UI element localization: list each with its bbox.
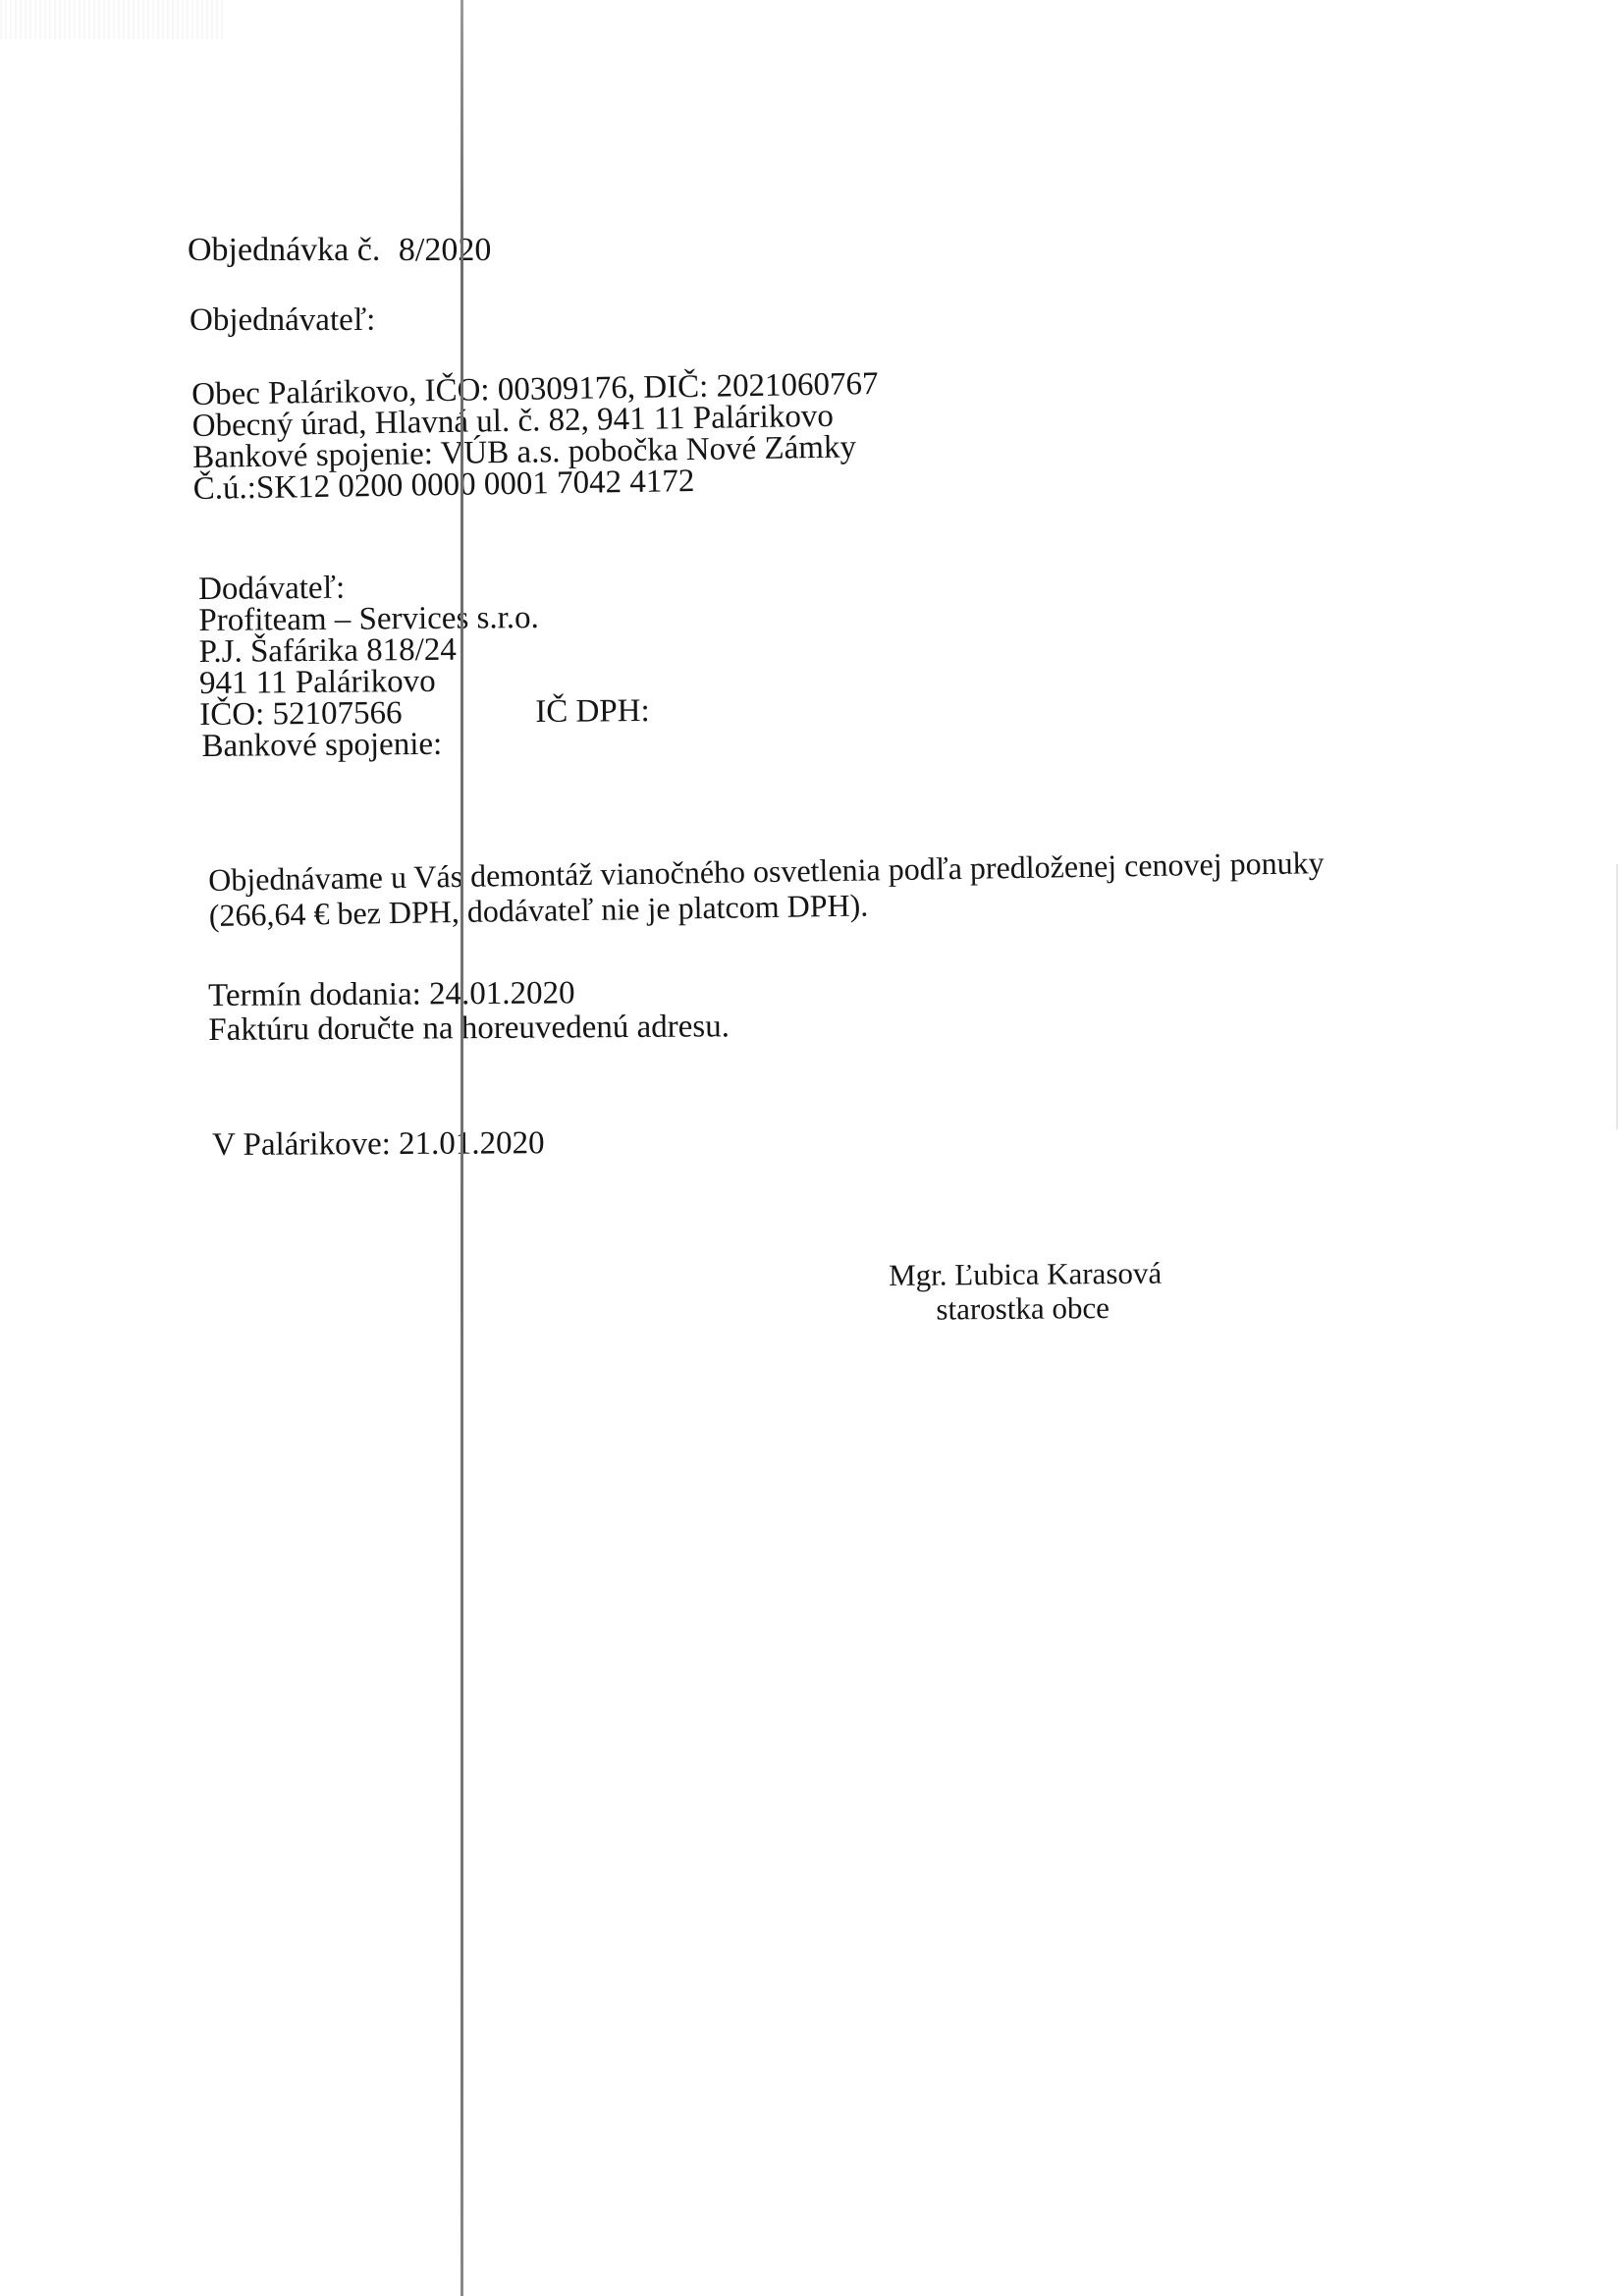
order-number: 8/2020 [399, 232, 491, 268]
delivery-term: Termín dodania: 24.01.2020 [208, 977, 575, 1012]
place-date: V Palárikove: 21.01.2020 [212, 1127, 545, 1162]
signatory-role: starostka obce [936, 1292, 1110, 1325]
order-title-label: Objednávka č. [188, 232, 380, 268]
supplier-heading: Dodávateľ: [198, 573, 345, 606]
scan-artifact [0, 0, 226, 39]
scan-edge-line [1616, 864, 1618, 1129]
supplier-bank: Bankové spojenie: [201, 729, 442, 763]
supplier-ic-dph: IČ DPH: [535, 695, 650, 729]
scan-fold-line [460, 0, 463, 2296]
invoice-note: Faktúru doručte na horeuvedenú adresu. [208, 1011, 730, 1047]
orderer-heading: Objednávateľ: [189, 304, 375, 337]
order-body-line-2: (266,64 € bez DPH, dodávateľ nie je plat… [209, 889, 869, 931]
orderer-line-4: Č.ú.:SK12 0200 0000 0001 7042 4172 [193, 465, 695, 506]
order-title: Objednávka č. 8/2020 [188, 234, 491, 267]
document-page: Objednávka č. 8/2020 Objednávateľ: Obec … [0, 0, 1624, 2296]
signatory-name: Mgr. Ľubica Karasová [889, 1258, 1162, 1290]
